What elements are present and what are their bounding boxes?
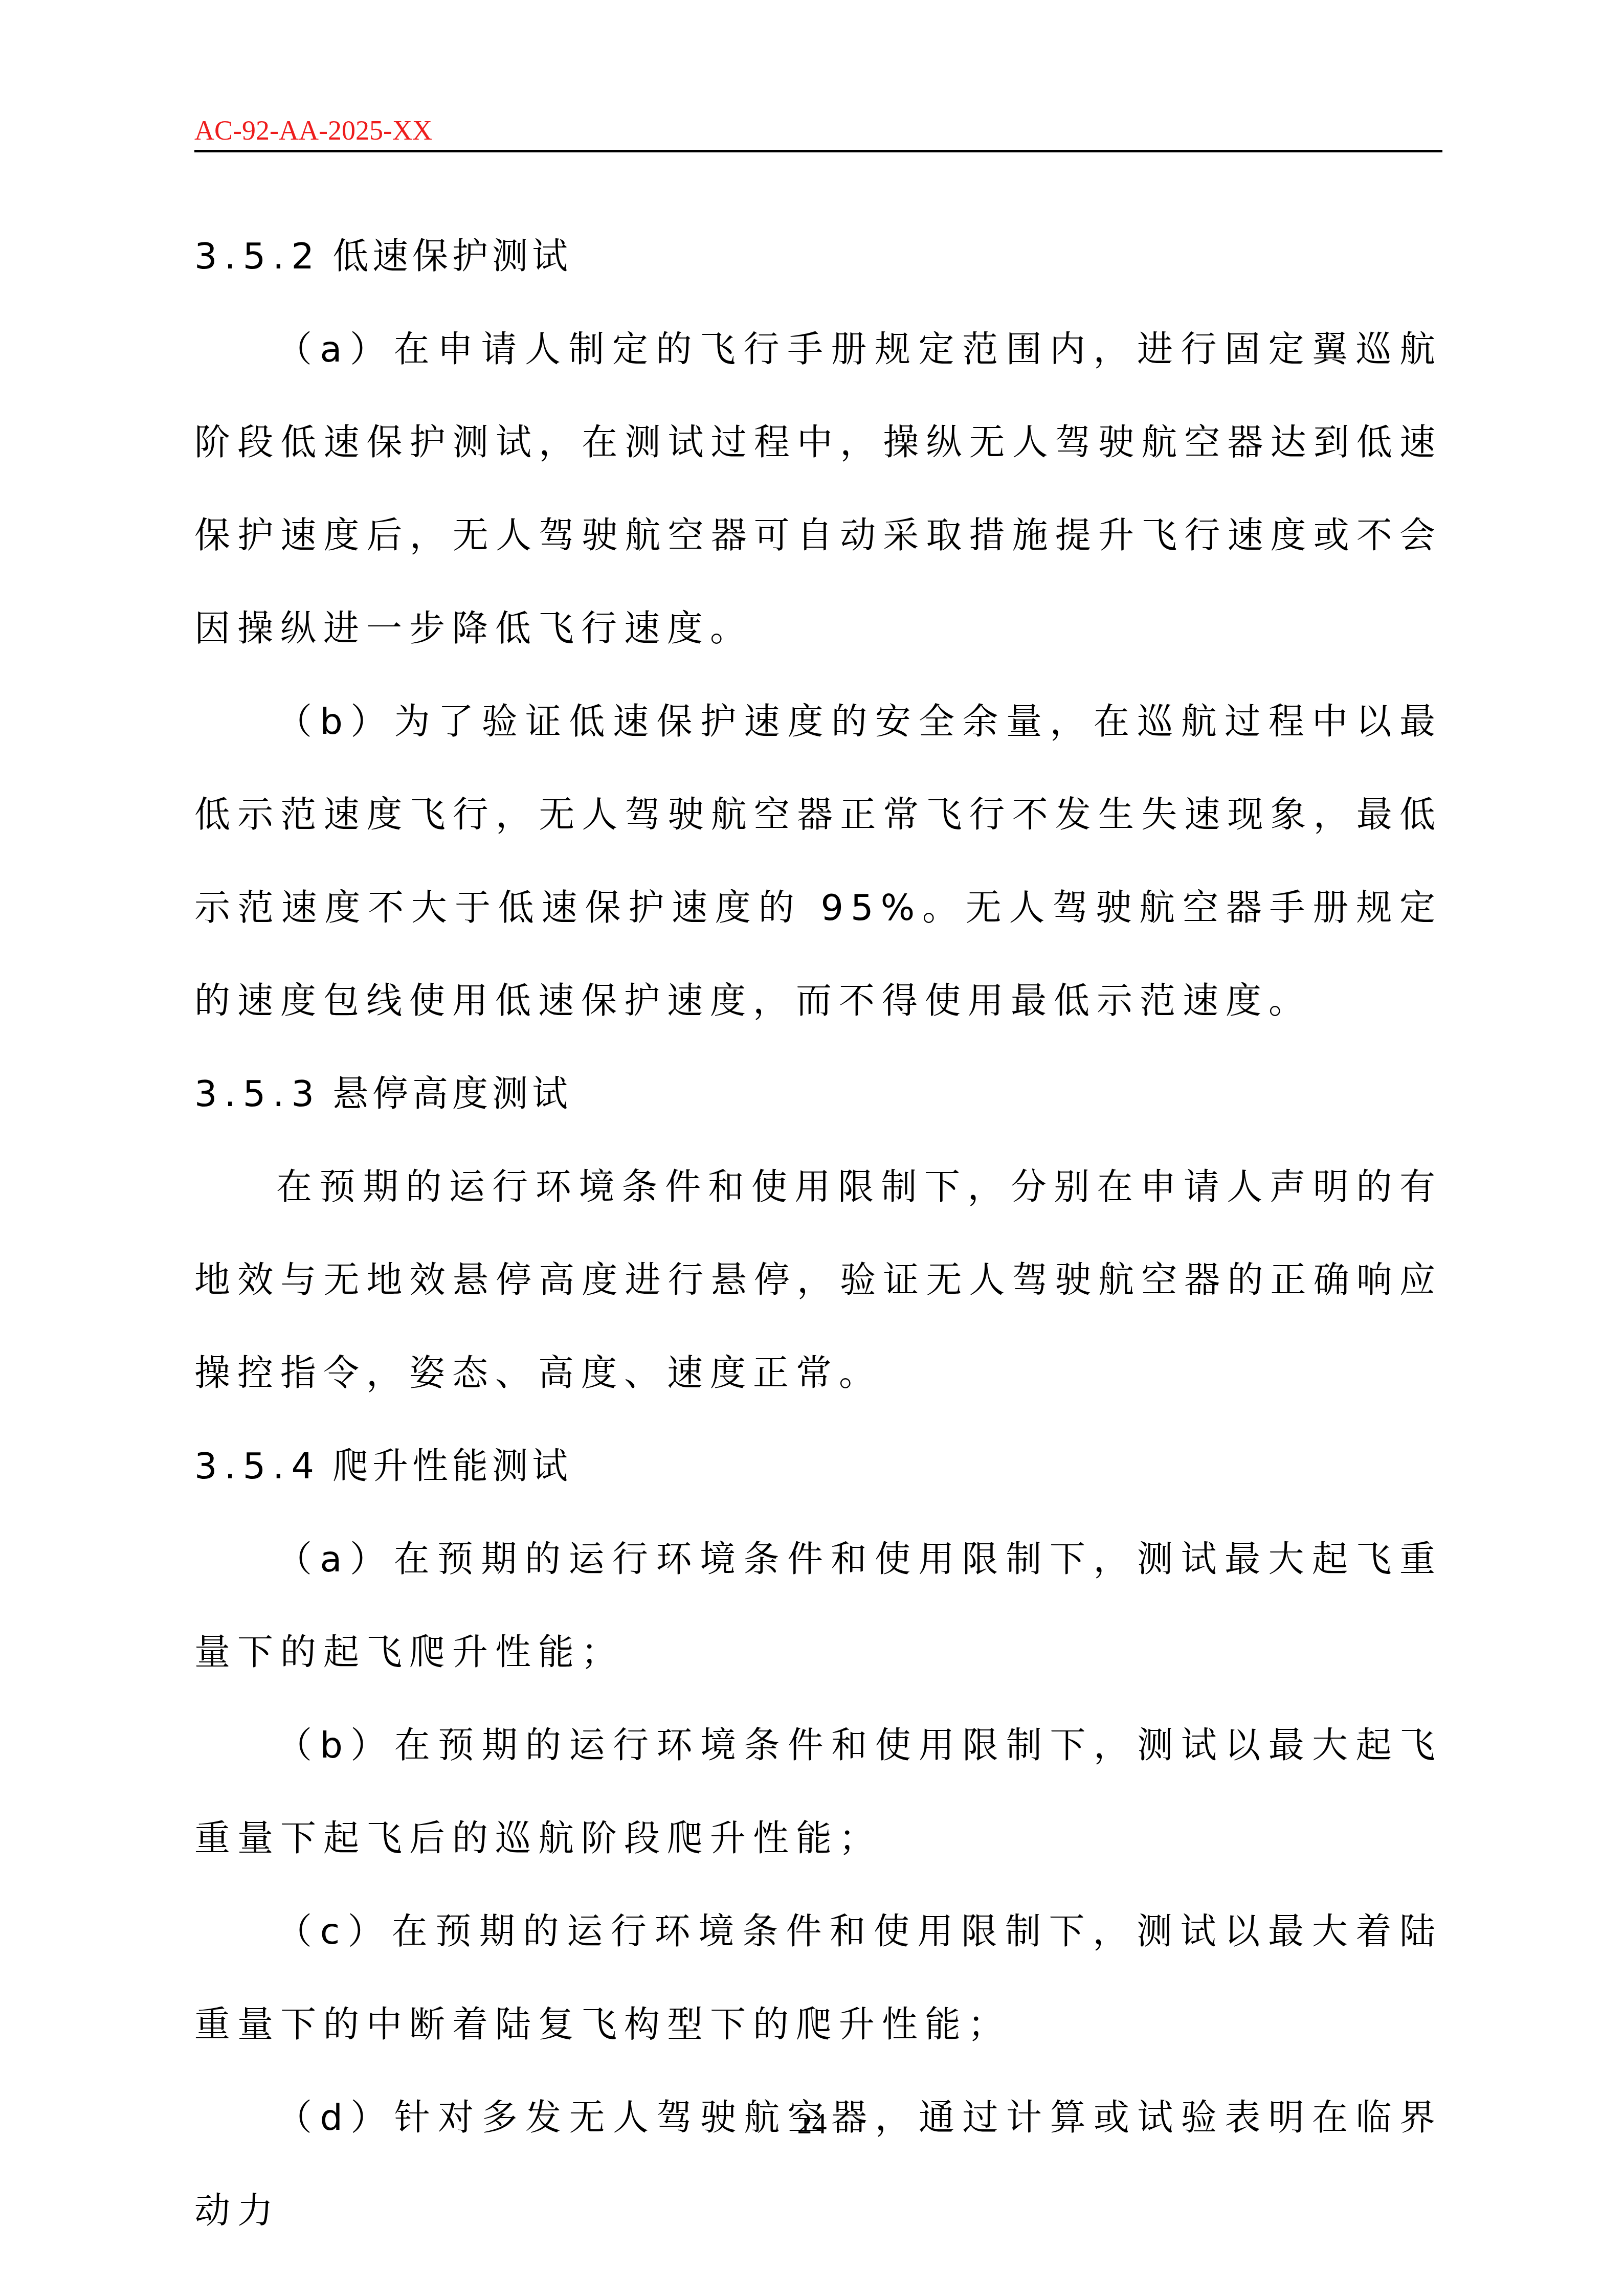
paragraph: （b）在预期的运行环境条件和使用限制下，测试以最大起飞重量下起飞后的巡航阶段爬升… <box>194 1699 1442 1885</box>
document-page: AC-92-AA-2025-XX 3.5.2低速保护测试 （a）在申请人制定的飞… <box>0 0 1624 2296</box>
paragraph: （a）在预期的运行环境条件和使用限制下，测试最大起飞重量下的起飞爬升性能； <box>194 1513 1442 1699</box>
section-heading: 3.5.3悬停高度测试 <box>194 1047 1442 1140</box>
section-3-5-2: 3.5.2低速保护测试 （a）在申请人制定的飞行手册规定范围内，进行固定翼巡航阶… <box>194 210 1442 1047</box>
paragraph: （a）在申请人制定的飞行手册规定范围内，进行固定翼巡航阶段低速保护测试，在测试过… <box>194 303 1442 675</box>
paragraph: （d）针对多发无人驾驶航空器，通过计算或试验表明在临界动力 <box>194 2071 1442 2257</box>
document-code: AC-92-AA-2025-XX <box>194 115 432 146</box>
header-divider <box>194 150 1442 152</box>
section-title: 爬升性能测试 <box>332 1445 572 1487</box>
section-number: 3.5.4 <box>194 1420 321 1513</box>
page-header: AC-92-AA-2025-XX <box>194 115 1442 154</box>
page-number: 24 <box>0 2106 1624 2142</box>
section-3-5-3: 3.5.3悬停高度测试 在预期的运行环境条件和使用限制下，分别在申请人声明的有地… <box>194 1047 1442 1420</box>
paragraph: 在预期的运行环境条件和使用限制下，分别在申请人声明的有地效与无地效悬停高度进行悬… <box>194 1140 1442 1420</box>
section-heading: 3.5.4爬升性能测试 <box>194 1420 1442 1513</box>
section-number: 3.5.2 <box>194 210 321 303</box>
section-title: 悬停高度测试 <box>332 1073 572 1115</box>
document-body: 3.5.2低速保护测试 （a）在申请人制定的飞行手册规定范围内，进行固定翼巡航阶… <box>194 210 1442 2257</box>
section-number: 3.5.3 <box>194 1047 321 1140</box>
paragraph: （b）为了验证低速保护速度的安全余量，在巡航过程中以最低示范速度飞行，无人驾驶航… <box>194 675 1442 1047</box>
paragraph: （c）在预期的运行环境条件和使用限制下，测试以最大着陆重量下的中断着陆复飞构型下… <box>194 1885 1442 2071</box>
section-title: 低速保护测试 <box>332 235 572 277</box>
section-heading: 3.5.2低速保护测试 <box>194 210 1442 303</box>
